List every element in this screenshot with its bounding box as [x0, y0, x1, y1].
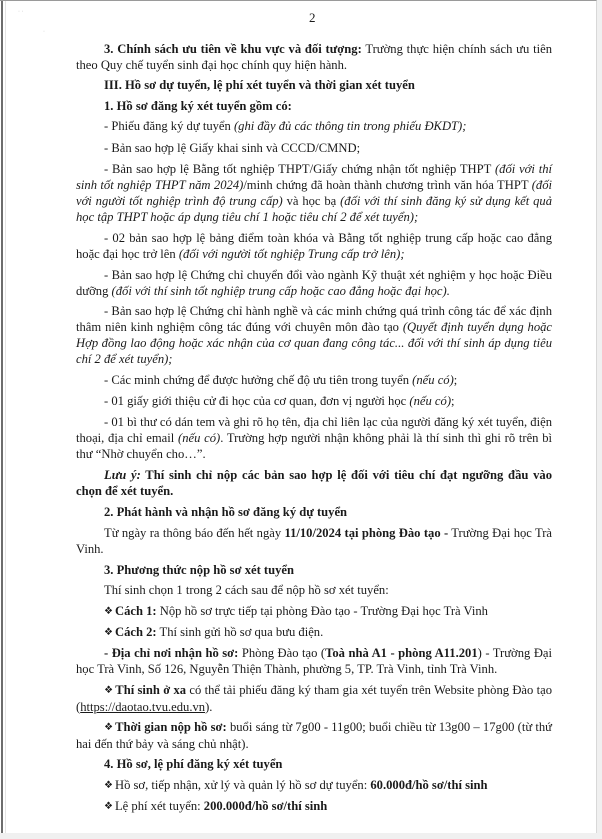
list-item: - 02 bản sao hợp lệ bảng điểm toàn khóa … [76, 230, 552, 262]
diamond-bullet-icon: ❖ [104, 685, 113, 696]
list-item: - Bản sao hợp lệ Bằng tốt nghiệp THPT/Gi… [76, 161, 552, 225]
remote-paragraph: ❖Thí sinh ở xa có thể tải phiếu đăng ký … [76, 682, 552, 715]
list-item: - Phiếu đăng ký dự tuyển (ghi đầy đủ các… [104, 118, 552, 134]
list-item: - Bản sao hợp lệ Giấy khai sinh và CCCD/… [104, 140, 552, 156]
priority-policy-heading: 3. Chính sách ưu tiên về khu vực và đối … [104, 42, 362, 56]
subsection-2-heading: 2. Phát hành và nhận hồ sơ đăng ký dự tu… [104, 504, 552, 520]
section-III-heading: III. Hồ sơ dự tuyển, lệ phí xét tuyển và… [104, 77, 552, 93]
diamond-bullet-icon: ❖ [104, 780, 113, 791]
list-item: - Các minh chứng để được hưởng chế độ ưu… [104, 372, 552, 388]
priority-policy-paragraph: 3. Chính sách ưu tiên về khu vực và đối … [76, 41, 552, 73]
diamond-bullet-icon: ❖ [104, 801, 113, 812]
list-item: - 01 bì thư có dán tem và ghi rõ họ tên,… [76, 414, 552, 462]
website-link[interactable]: https://daotao.tvu.edu.vn [80, 700, 205, 714]
page-number: 2 [309, 10, 316, 26]
note-label: Lưu ý: [104, 468, 141, 482]
time-paragraph: ❖Thời gian nộp hồ sơ: buổi sáng từ 7g00 … [76, 719, 552, 752]
scan-speck: · · [18, 9, 24, 15]
note-paragraph: Lưu ý: Thí sinh chỉ nộp các bản sao hợp … [76, 467, 552, 499]
subsection-1-heading: 1. Hồ sơ đăng ký xét tuyển gồm có: [104, 98, 552, 114]
list-item: - Bản sao hợp lệ Chứng chỉ hành nghề và … [76, 303, 552, 367]
list-item: - Bản sao hợp lệ Chứng chỉ chuyển đổi và… [76, 267, 552, 299]
method-1: ❖Cách 1: Nộp hồ sơ trực tiếp tại phòng Đ… [104, 603, 552, 620]
subsection-3-heading: 3. Phương thức nộp hồ sơ xét tuyển [104, 562, 552, 578]
submission-intro: Thí sinh chọn 1 trong 2 cách sau để nộp … [104, 582, 552, 598]
fee-item-1: ❖Hồ sơ, tiếp nhận, xử lý và quản lý hồ s… [104, 777, 552, 794]
method-2: ❖Cách 2: Thí sinh gửi hồ sơ qua bưu điện… [104, 624, 552, 641]
diamond-bullet-icon: ❖ [104, 722, 113, 733]
diamond-bullet-icon: ❖ [104, 627, 113, 638]
subsection-4-heading: 4. Hồ sơ, lệ phí đăng ký xét tuyển [104, 756, 552, 772]
issuance-paragraph: Từ ngày ra thông báo đến hết ngày 11/10/… [76, 525, 552, 557]
scan-speck: · [43, 29, 45, 35]
document-page: · · · 2 3. Chính sách ưu tiên về khu vực… [0, 0, 597, 833]
diamond-bullet-icon: ❖ [104, 606, 113, 617]
address-paragraph: - Địa chỉ nơi nhận hồ sơ: Phòng Đào tạo … [76, 645, 552, 677]
list-item: - 01 giấy giới thiệu cử đi học của cơ qu… [104, 393, 552, 409]
fee-item-2: ❖Lệ phí xét tuyển: 200.000đ/hồ sơ/thí si… [104, 798, 552, 815]
